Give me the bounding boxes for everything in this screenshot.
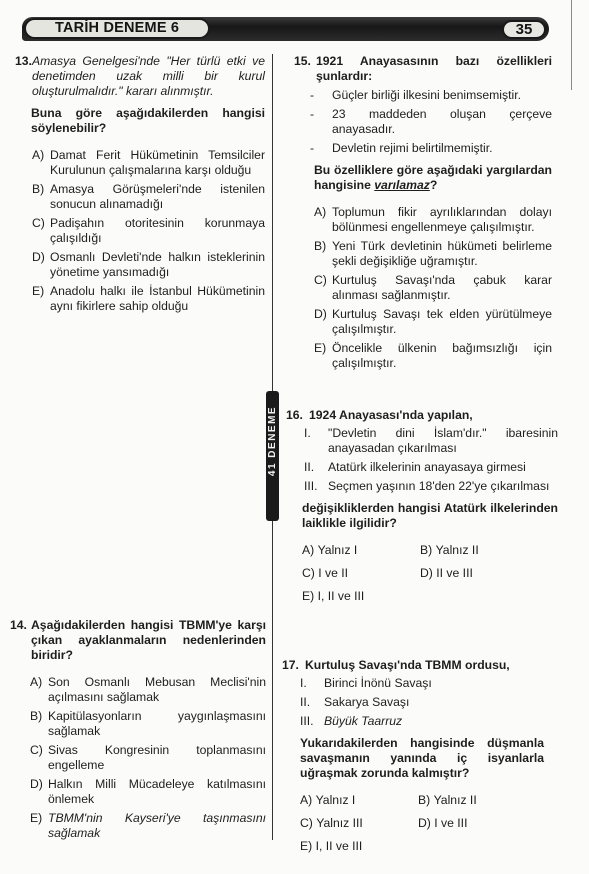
statement-list: I.Birinci İnönü Savaşı II.Sakarya Savaşı… — [282, 676, 554, 729]
answer-option-c[interactable]: C) I ve II — [302, 566, 420, 581]
statement-list: I."Devletin dini İslam'dır." ibaresinin … — [286, 426, 558, 494]
question-prompt: Bu özelliklere göre aşağıdaki yargılarda… — [294, 163, 552, 193]
answer-options: A)Son Osmanlı Mebusan Meclisi'nin açılma… — [10, 675, 266, 841]
answer-option-c[interactable]: C) Yalnız III — [300, 816, 418, 831]
answer-option-a[interactable]: A)Damat Ferit Hükümetinin Temsilciler Ku… — [32, 148, 265, 178]
answer-option-b[interactable]: B)Amasya Görüşmeleri'nde istenilen sonuc… — [32, 182, 265, 212]
question-text: Aşağıdakilerden hangisi TBMM'ye karşı çı… — [31, 618, 266, 663]
question-text: 1921 Anayasasının bazı özellikleri şunla… — [316, 54, 552, 84]
answer-option-e[interactable]: E)Öncelikle ülkenin bağımsızlığı için ça… — [314, 341, 552, 371]
statement-item: I.Birinci İnönü Savaşı — [300, 676, 554, 691]
answer-option-e[interactable]: E) I, II ve III — [302, 589, 420, 604]
emphasis-word: varılamaz — [374, 178, 430, 192]
feature-item: -23 maddeden oluşan çerçeve anayasadır. — [310, 107, 552, 137]
question-stem: 13. Amasya Genelgesi'nde "Her türlü etki… — [15, 54, 265, 99]
statement-item: I."Devletin dini İslam'dır." ibaresinin … — [304, 426, 558, 456]
page-title: TARİH DENEME 6 — [24, 18, 210, 39]
answer-option-a[interactable]: A) Yalnız I — [300, 793, 418, 808]
statement-item: III.Seçmen yaşının 18'den 22'ye çıkarılm… — [304, 479, 558, 494]
statement-item: II.Atatürk ilkelerinin anayasaya girmesi — [304, 460, 558, 475]
statement-item: III.Büyük Taarruz — [300, 714, 554, 729]
answer-option-b[interactable]: B) Yalnız II — [420, 543, 540, 558]
answer-option-b[interactable]: B)Kapitülasyonların yaygınlaşmasını sağl… — [30, 709, 266, 739]
question-number: 14. — [10, 618, 31, 663]
question-13: 13. Amasya Genelgesi'nde "Her türlü etki… — [15, 54, 265, 318]
question-text: 1924 Anayasası'nda yapılan, — [309, 408, 473, 423]
question-number: 13. — [15, 54, 32, 99]
question-prompt: Yukarıdakilerden hangisinde düşmanla sav… — [282, 736, 554, 781]
feature-item: -Güçler birliği ilkesini benimsemiştir. — [310, 88, 552, 103]
question-14: 14. Aşağıdakilerden hangisi TBMM'ye karş… — [10, 618, 266, 845]
answer-option-d[interactable]: D) I ve III — [418, 816, 538, 831]
answer-option-e[interactable]: E)TBMM'nin Kayseri'ye taşınmasını sağlam… — [30, 811, 266, 841]
question-number: 16. — [286, 408, 309, 423]
answer-option-c[interactable]: C)Kurtuluş Savaşı'nda çabuk karar alınma… — [314, 273, 552, 303]
margin-rule — [571, 0, 572, 90]
answer-option-c[interactable]: C)Padişahın otoritesinin korunmaya çalış… — [32, 216, 265, 246]
question-text: Amasya Genelgesi'nde "Her türlü etki ve … — [32, 54, 265, 99]
question-number: 15. — [294, 54, 316, 84]
answer-option-e[interactable]: E) I, II ve III — [300, 839, 418, 854]
question-stem: 16. 1924 Anayasası'nda yapılan, — [286, 408, 558, 423]
question-text: Kurtuluş Savaşı'nda TBMM ordusu, — [305, 658, 510, 673]
answer-option-b[interactable]: B) Yalnız II — [418, 793, 538, 808]
answer-option-c[interactable]: C)Sivas Kongresinin toplanmasını engelle… — [30, 743, 266, 773]
question-16: 16. 1924 Anayasası'nda yapılan, I."Devle… — [286, 408, 558, 608]
question-15: 15. 1921 Anayasasının bazı özellikleri ş… — [294, 54, 552, 375]
answer-option-d[interactable]: D)Kurtuluş Savaşı tek elden yürütülmeye … — [314, 307, 552, 337]
column-divider — [272, 54, 273, 402]
page-number: 35 — [502, 20, 546, 39]
answer-option-b[interactable]: B)Yeni Türk devletinin hükümeti belirlem… — [314, 239, 552, 269]
question-prompt: Buna göre aşağıdakilerden hangisi söylen… — [15, 106, 265, 136]
answer-option-d[interactable]: D)Halkın Milli Mücadeleye katılmasını ön… — [30, 777, 266, 807]
answer-options: A) Yalnız I B) Yalnız II C) I ve II D) I… — [286, 543, 558, 608]
statement-item: II.Sakarya Savaşı — [300, 695, 554, 710]
answer-options: A)Damat Ferit Hükümetinin Temsilciler Ku… — [15, 148, 265, 314]
answer-option-e[interactable]: E)Anadolu halkı ile İstanbul Hükümetinin… — [32, 284, 265, 314]
question-number: 17. — [282, 658, 305, 673]
answer-options: A)Toplumun fikir ayrılıklarından dolayı … — [294, 205, 552, 371]
column-divider — [272, 518, 273, 840]
question-17: 17. Kurtuluş Savaşı'nda TBMM ordusu, I.B… — [282, 658, 554, 858]
side-tab-label: 41 DENEME — [266, 376, 279, 506]
feature-item: -Devletin rejimi belirtilmemiştir. — [310, 141, 552, 156]
answer-option-d[interactable]: D)Osmanlı Devleti'nde halkın isteklerini… — [32, 250, 265, 280]
answer-option-a[interactable]: A) Yalnız I — [302, 543, 420, 558]
feature-list: -Güçler birliği ilkesini benimsemiştir. … — [294, 88, 552, 156]
side-tab: 41 DENEME — [266, 391, 279, 521]
answer-options: A) Yalnız I B) Yalnız II C) Yalnız III D… — [282, 793, 554, 858]
answer-option-d[interactable]: D) II ve III — [420, 566, 540, 581]
question-prompt: değişikliklerden hangisi Atatürk ilkeler… — [286, 501, 558, 531]
question-stem: 17. Kurtuluş Savaşı'nda TBMM ordusu, — [282, 658, 554, 673]
answer-option-a[interactable]: A)Son Osmanlı Mebusan Meclisi'nin açılma… — [30, 675, 266, 705]
question-stem: 15. 1921 Anayasasının bazı özellikleri ş… — [294, 54, 552, 84]
answer-option-a[interactable]: A)Toplumun fikir ayrılıklarından dolayı … — [314, 205, 552, 235]
question-prompt: 14. Aşağıdakilerden hangisi TBMM'ye karş… — [10, 618, 266, 663]
